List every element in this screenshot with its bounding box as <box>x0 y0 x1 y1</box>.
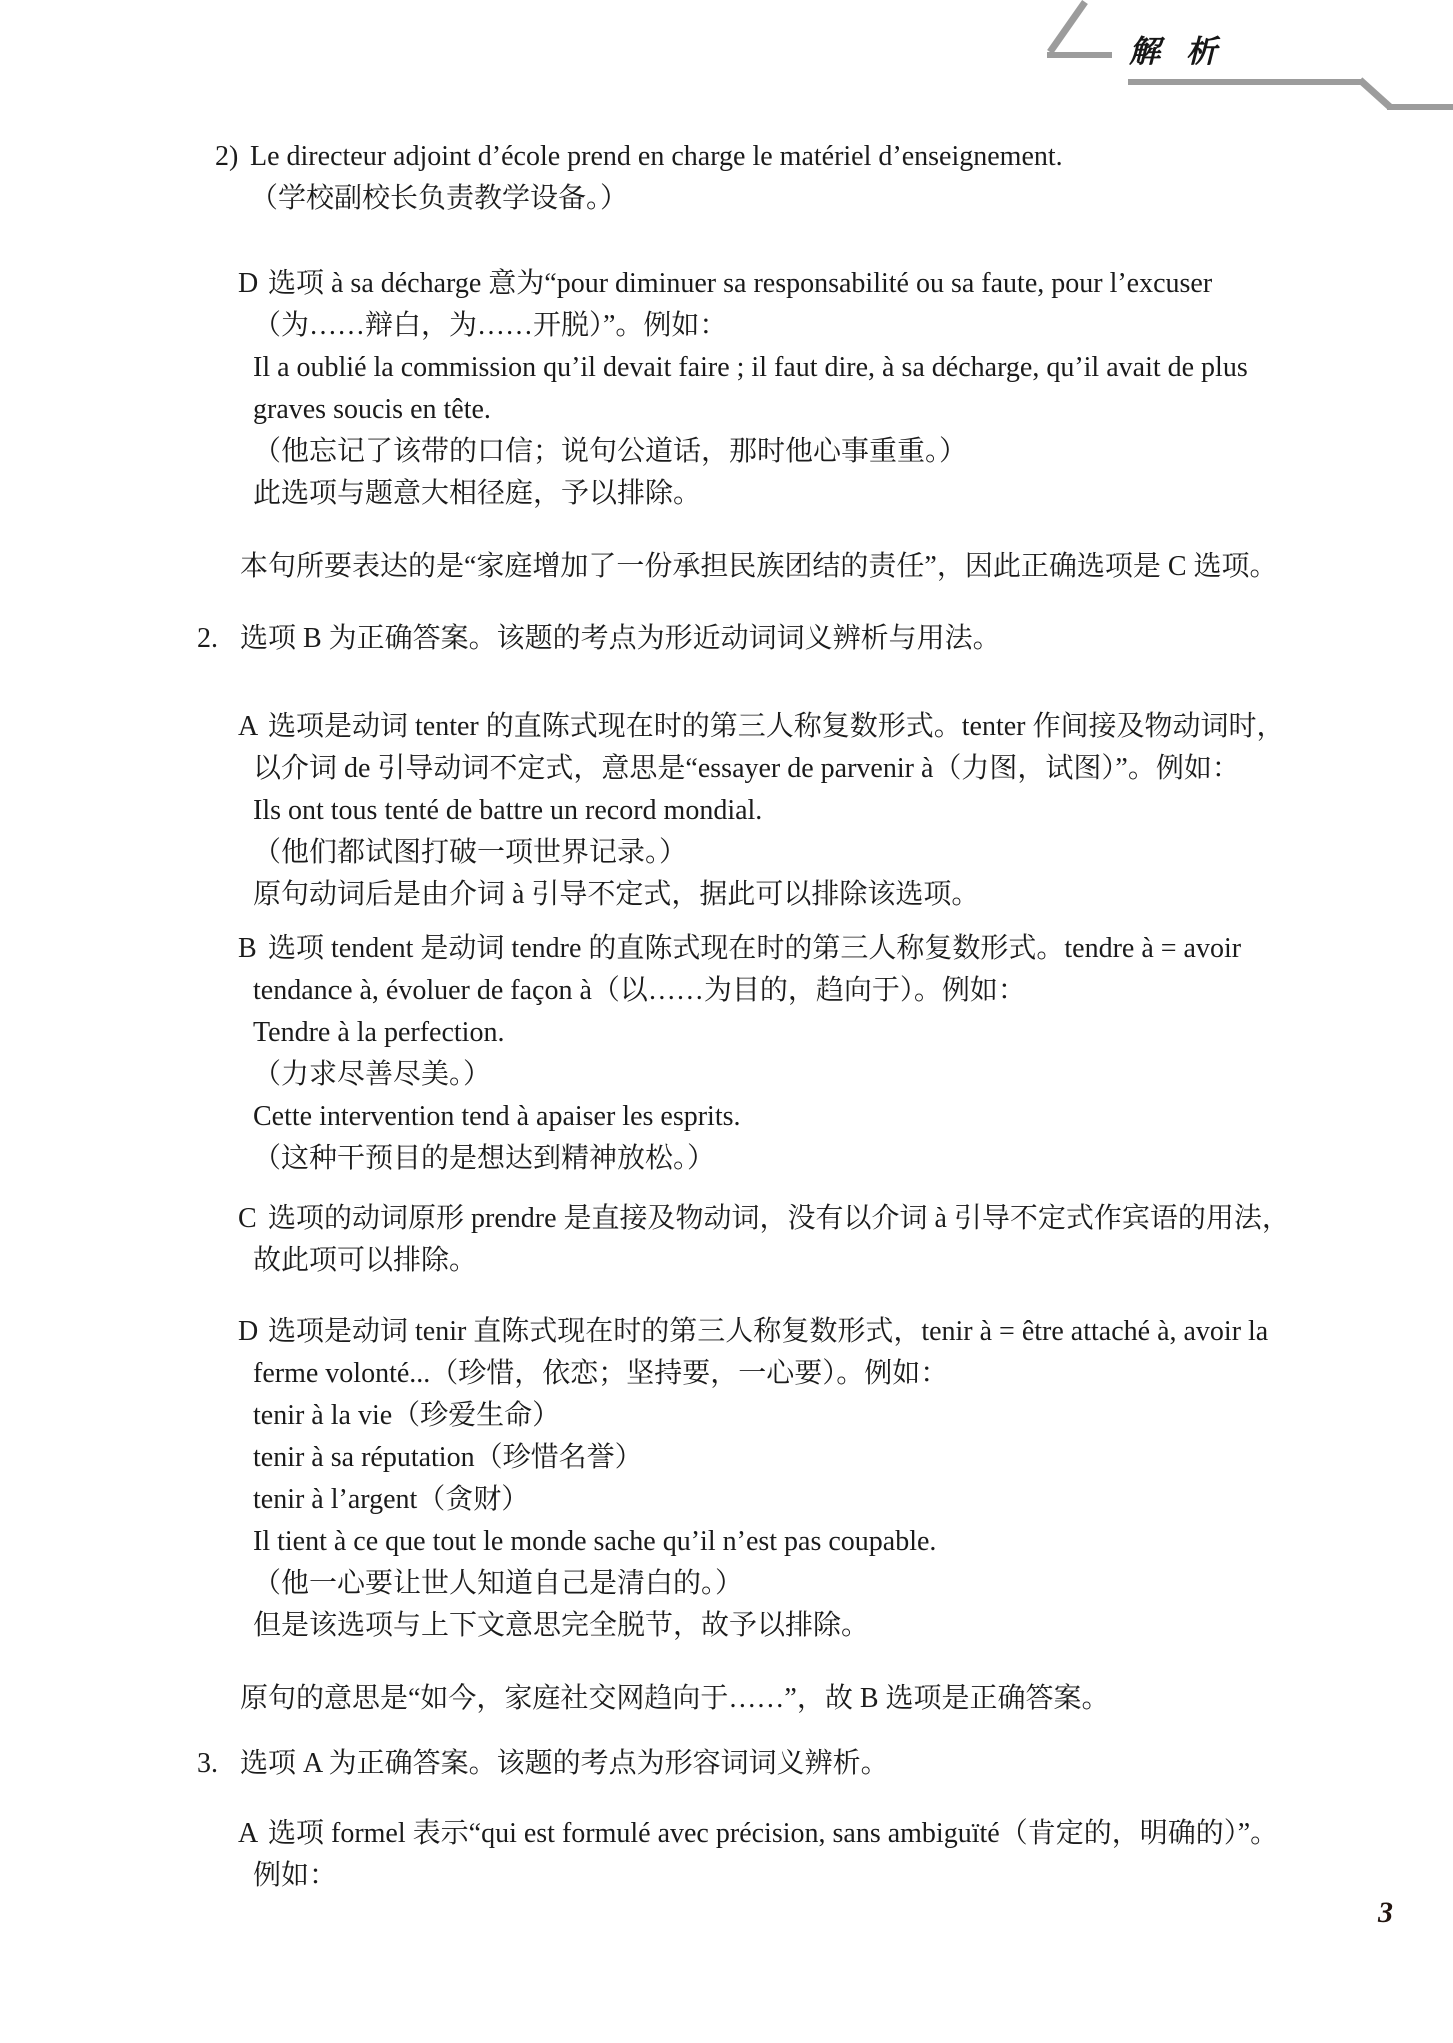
text-line: 选项 B 为正确答案。该题的考点为形近动词词义辨析与用法。 <box>240 618 1427 660</box>
text-line: tenir à sa réputation（珍惜名誉） <box>253 1437 1427 1479</box>
header-decoration <box>0 0 1453 130</box>
text-line: （学校副校长负责教学设备。） <box>250 178 1427 220</box>
page: 解 析 2) Le directeur adjoint d’école pren… <box>0 0 1453 2043</box>
text-line: 故此项可以排除。 <box>253 1240 1427 1282</box>
example-marker: 2) <box>215 136 238 178</box>
text-line: 此选项与题意大相径庭，予以排除。 <box>253 473 1427 515</box>
option-letter: D <box>238 1311 258 1353</box>
text-line: 选项是动词 tenter 的直陈式现在时的第三人称复数形式。tenter 作间接… <box>253 706 1427 748</box>
option-item-d-q1: D 选项 à sa décharge 意为“pour diminuer sa r… <box>197 263 1427 515</box>
text-line: Il a oublié la commission qu’il devait f… <box>253 347 1427 389</box>
option-item-a-q2: A 选项是动词 tenter 的直陈式现在时的第三人称复数形式。tenter 作… <box>197 706 1427 916</box>
option-item-b-q2: B 选项 tendent 是动词 tendre 的直陈式现在时的第三人称复数形式… <box>197 928 1427 1180</box>
header-title: 解 析 <box>1129 34 1226 70</box>
text-line: 选项 à sa décharge 意为“pour diminuer sa res… <box>253 263 1427 305</box>
conclusion-paragraph-q2: 原句的意思是“如今，家庭社交网趋向于……”，故 B 选项是正确答案。 <box>240 1678 1427 1720</box>
text-line: Le directeur adjoint d’école prend en ch… <box>250 136 1427 178</box>
option-item-c-q2: C 选项的动词原形 prendre 是直接及物动词，没有以介词 à 引导不定式作… <box>197 1198 1427 1282</box>
option-letter: A <box>238 706 258 748</box>
text-line: Tendre à la perfection. <box>253 1012 1427 1054</box>
text-line: 选项的动词原形 prendre 是直接及物动词，没有以介词 à 引导不定式作宾语… <box>253 1198 1427 1240</box>
text-line: （他们都试图打破一项世界记录。） <box>253 832 1427 874</box>
numbered-item-3: 3. 选项 A 为正确答案。该题的考点为形容词词义辨析。 <box>197 1743 1427 1785</box>
option-item-d-q2: D 选项是动词 tenir 直陈式现在时的第三人称复数形式，tenir à = … <box>197 1311 1427 1647</box>
text-line: 选项是动词 tenir 直陈式现在时的第三人称复数形式，tenir à = êt… <box>253 1311 1427 1353</box>
text-line: （力求尽善尽美。） <box>253 1054 1427 1096</box>
text-line: 原句动词后是由介词 à 引导不定式，据此可以排除该选项。 <box>253 874 1427 916</box>
item-number: 3. <box>197 1743 218 1785</box>
text-line: （为……辩白，为……开脱）”。例如： <box>253 305 1427 347</box>
text-line: （他一心要让世人知道自己是清白的。） <box>253 1563 1427 1605</box>
content: 2) Le directeur adjoint d’école prend en… <box>197 136 1427 1897</box>
numbered-item-2: 2. 选项 B 为正确答案。该题的考点为形近动词词义辨析与用法。 <box>197 618 1427 660</box>
option-letter: B <box>238 928 257 970</box>
text-line: graves soucis en tête. <box>253 389 1427 431</box>
text-line: Il tient à ce que tout le monde sache qu… <box>253 1521 1427 1563</box>
text-line: ferme volonté...（珍惜，依恋；坚持要，一心要）。例如： <box>253 1353 1427 1395</box>
text-line: 选项 tendent 是动词 tendre 的直陈式现在时的第三人称复数形式。t… <box>253 928 1427 970</box>
text-line: Ils ont tous tenté de battre un record m… <box>253 790 1427 832</box>
text-line: tenir à l’argent（贪财） <box>253 1479 1427 1521</box>
option-item-a-q3: A 选项 formel 表示“qui est formulé avec préc… <box>197 1813 1427 1897</box>
option-letter: A <box>238 1813 258 1855</box>
text-line: 例如： <box>253 1855 1427 1897</box>
conclusion-paragraph-q1: 本句所要表达的是“家庭增加了一份承担民族团结的责任”，因此正确选项是 C 选项。 <box>240 546 1427 588</box>
text-line: 选项 A 为正确答案。该题的考点为形容词词义辨析。 <box>240 1743 1427 1785</box>
item-number: 2. <box>197 618 218 660</box>
text-line: 但是该选项与上下文意思完全脱节，故予以排除。 <box>253 1605 1427 1647</box>
option-letter: C <box>238 1198 257 1240</box>
option-letter: D <box>238 263 258 305</box>
example-item: 2) Le directeur adjoint d’école prend en… <box>197 136 1427 220</box>
text-line: （他忘记了该带的口信；说句公道话，那时他心事重重。） <box>253 431 1427 473</box>
text-line: 以介词 de 引导动词不定式，意思是“essayer de parvenir à… <box>253 748 1427 790</box>
page-number: 3 <box>1378 1892 1393 1934</box>
text-line: Cette intervention tend à apaiser les es… <box>253 1096 1427 1138</box>
text-line: tenir à la vie（珍爱生命） <box>253 1395 1427 1437</box>
text-line: tendance à, évoluer de façon à（以……为目的，趋向… <box>253 970 1427 1012</box>
text-line: 选项 formel 表示“qui est formulé avec précis… <box>253 1813 1427 1855</box>
text-line: （这种干预目的是想达到精神放松。） <box>253 1138 1427 1180</box>
